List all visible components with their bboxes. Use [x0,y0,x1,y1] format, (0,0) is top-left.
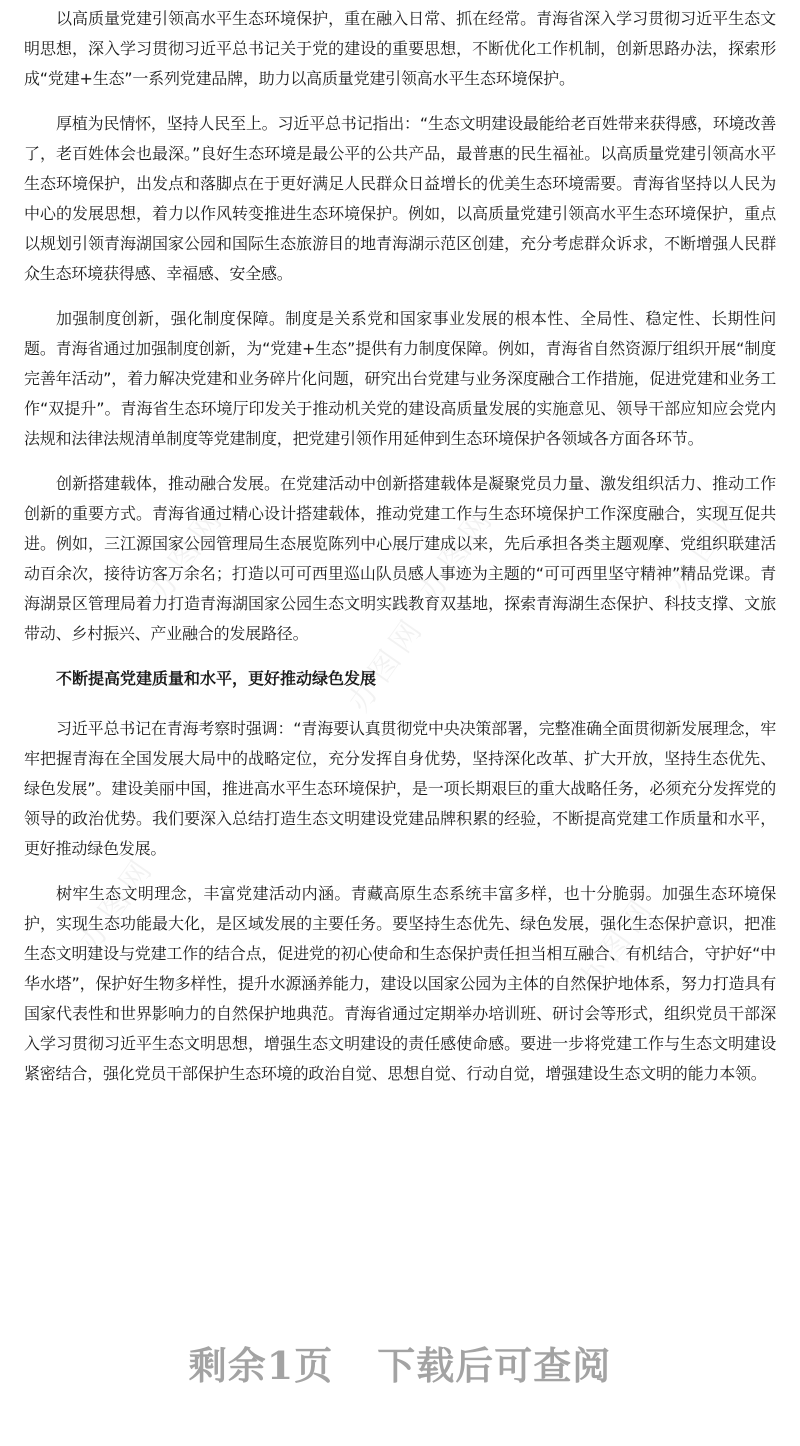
paragraph: 习近平总书记在青海考察时强调：“青海要认真贯彻党中央决策部署，完整准确全面贯彻新… [24,714,776,864]
paragraph: 厚植为民情怀，坚持人民至上。习近平总书记指出：“生态文明建设最能给老百姓带来获得… [24,109,776,289]
download-notice[interactable]: 剩余1页下载后可查阅 [0,1335,800,1390]
section-heading: 不断提高党建质量和水平，更好推动绿色发展 [24,664,776,694]
paragraph: 以高质量党建引领高水平生态环境保护，重在融入日常、抓在经常。青海省深入学习贯彻习… [24,4,776,94]
paragraph: 创新搭建载体，推动融合发展。在党建活动中创新搭建载体是凝聚党员力量、激发组织活力… [24,469,776,649]
download-prompt-label[interactable]: 下载后可查阅 [377,1343,611,1388]
paragraph: 加强制度创新，强化制度保障。制度是关系党和国家事业发展的根本性、全局性、稳定性、… [24,304,776,454]
document-body: 以高质量党建引领高水平生态环境保护，重在融入日常、抓在经常。青海省深入学习贯彻习… [24,4,776,1104]
paragraph: 树牢生态文明理念，丰富党建活动内涵。青藏高原生态系统丰富多样，也十分脆弱。加强生… [24,879,776,1089]
remaining-pages-label[interactable]: 剩余1页 [189,1343,333,1388]
